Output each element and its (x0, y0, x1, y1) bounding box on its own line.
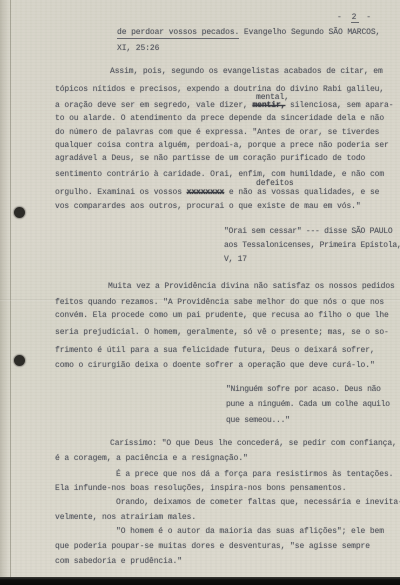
text-line: feitos quando rezamos. "A Providência sa… (55, 298, 384, 308)
verse-reference: XI, 25:26 (117, 44, 159, 54)
text-line: É a prece que nos dá a força para resist… (116, 470, 393, 480)
text-line: a oração deve ser em segredo, vale dizer… (55, 101, 393, 111)
text-line: "O homem é o autor da maioria das suas a… (116, 527, 384, 537)
page-number-dash-left: - (337, 13, 351, 22)
quote-line: "Ninguém sofre por acaso. Deus não (226, 385, 381, 395)
punch-hole-bottom (14, 355, 25, 366)
text-segment: e não as vossas qualidades, e se (224, 188, 379, 197)
quote-line: aos Tessalonicenses, Primeira Epístola, (224, 241, 400, 251)
text-line: frimento é útil para a sua felicidade fu… (55, 346, 375, 356)
text-line: Assim, pois, segundo os evangelistas aca… (110, 67, 383, 77)
text-line: to ou alarde. O atendimento da prece dep… (55, 114, 384, 124)
text-segment: silenciosa, sem apara- (285, 101, 393, 110)
text-line: que poderia poupar-se muitas dores e des… (55, 542, 370, 552)
struck-word: xxxxxxxx (187, 188, 225, 197)
text-line: qualquer coisa contra alguém, perdoai-a,… (55, 141, 389, 151)
scan-bottom-edge (0, 577, 400, 585)
text-line: do número de palavras com que é expressa… (55, 128, 379, 138)
text-line: convém. Ela procede como um pai prudente… (55, 311, 389, 321)
text-line: Ela infunde-nos boas resoluções, inspira… (55, 484, 346, 494)
text-line: vos comparardes aos outros, procurai o q… (55, 202, 361, 212)
text-line: sentimento contrário à caridade. Orai, e… (55, 170, 384, 180)
scanned-page: - 2 - de perdoar vossos pecados. Evangel… (0, 0, 400, 585)
text-line: orgulho. Examinai os vossos xxxxxxxx e n… (55, 188, 379, 198)
underlined-phrase: de perdoar vossos pecados. (117, 28, 239, 39)
text-line: velmente, nos atrairiam males. (55, 513, 196, 523)
quote-line: que semeou..." (226, 416, 290, 426)
page-number: - 2 - (337, 13, 373, 23)
paper-left-fold (0, 0, 11, 585)
header-citation-line: de perdoar vossos pecados. Evangelho Seg… (117, 28, 380, 38)
text-line: Muita vez a Providência divina não satis… (108, 282, 395, 292)
text-line: Caríssimo: "O que Deus lhe concederá, se… (110, 439, 397, 449)
punch-hole-top (14, 207, 25, 218)
text-line: é a coragem, a paciência e a resignação.… (55, 454, 248, 464)
text-line: agradável a Deus, se não partisse de um … (55, 154, 365, 164)
text-line: seria prejudicial. O homem, geralmente, … (55, 328, 389, 338)
text-line: tópicos nítidos e precisos, expendo a do… (55, 85, 384, 95)
text-segment: a oração deve ser em segredo, vale dizer… (55, 101, 252, 110)
struck-word: mentir, (252, 101, 285, 110)
page-number-dash-right: - (359, 13, 373, 22)
quote-line: pune a ninguém. Cada um colhe aquilo (226, 400, 390, 410)
quote-line: V, 17 (224, 255, 247, 265)
text-line: com sabedoria e prudência." (55, 557, 182, 567)
quote-line: "Orai sem cessar" --- disse SÃO PAULO (224, 227, 392, 237)
text-segment: orgulho. Examinai os vossos (55, 188, 187, 197)
citation-source: Evangelho Segundo SÃO MARCOS, (239, 28, 380, 37)
text-line: Orando, deixamos de cometer faltas que, … (116, 498, 400, 508)
text-line: como o cirurgião deixa o doente sofrer a… (55, 361, 375, 371)
